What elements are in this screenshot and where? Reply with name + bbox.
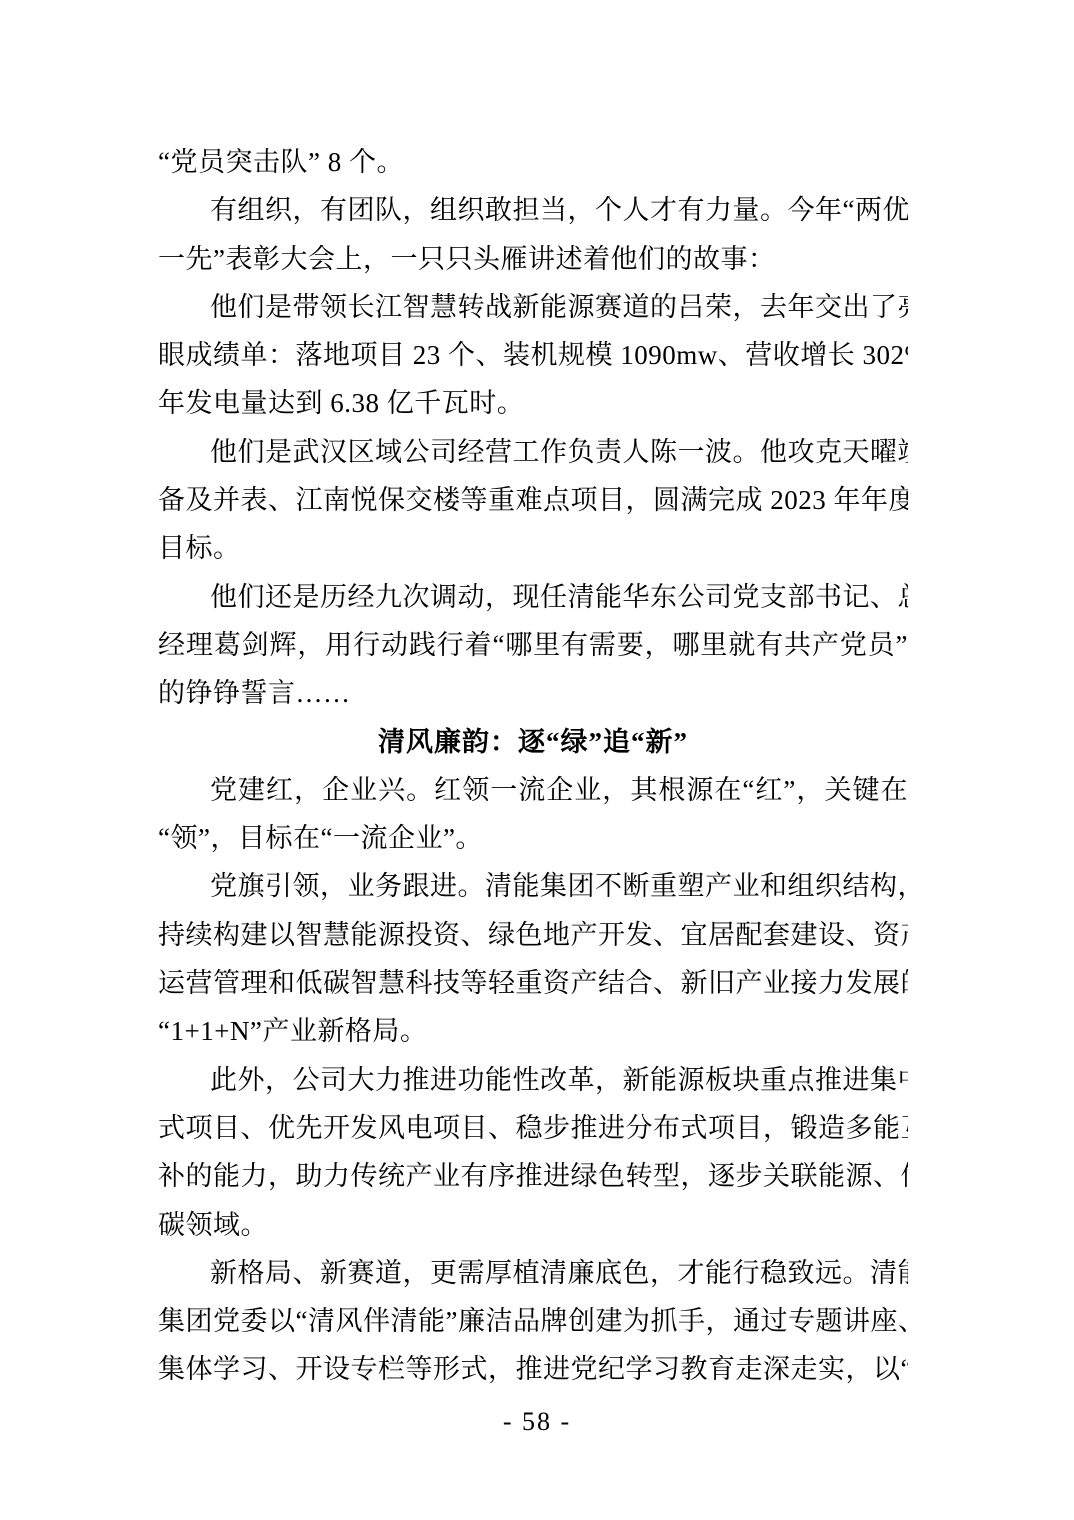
paragraph-line: 集体学习、开设专栏等形式，推进党纪学习教育走深走实，以“清 (158, 1345, 908, 1393)
paragraph-line: 有组织，有团队，组织敢担当，个人才有力量。今年“两优 (158, 186, 908, 234)
paragraph-line: 碳领域。 (158, 1201, 908, 1249)
document-page: “党员突击队” 8 个。 有组织，有团队，组织敢担当，个人才有力量。今年“两优 … (0, 0, 1074, 1520)
paragraph-line: 的铮铮誓言…… (158, 669, 908, 717)
paragraph-line: 补的能力，助力传统产业有序推进绿色转型，逐步关联能源、低 (158, 1152, 908, 1200)
paragraph-line: 备及并表、江南悦保交楼等重难点项目，圆满完成 2023 年年度 (158, 476, 908, 524)
paragraph-line: 党建红，企业兴。红领一流企业，其根源在“红”，关键在 (158, 766, 908, 814)
paragraph-line: 他们还是历经九次调动，现任清能华东公司党支部书记、总 (158, 573, 908, 621)
paragraph-line: 党旗引领，业务跟进。清能集团不断重塑产业和组织结构， (158, 862, 908, 910)
paragraph-line: 年发电量达到 6.38 亿千瓦时。 (158, 379, 908, 427)
paragraph-line: “领”，目标在“一流企业”。 (158, 814, 908, 862)
paragraph-line: 经理葛剑辉，用行动践行着“哪里有需要，哪里就有共产党员” (158, 621, 908, 669)
paragraph-line: 眼成绩单：落地项目 23 个、装机规模 1090mw、营收增长 302%、 (158, 331, 908, 379)
paragraph-line: 持续构建以智慧能源投资、绿色地产开发、宜居配套建设、资产 (158, 911, 908, 959)
paragraph-line: 此外，公司大力推进功能性改革，新能源板块重点推进集中 (158, 1056, 908, 1104)
paragraph-line: 目标。 (158, 524, 908, 572)
paragraph-line: 集团党委以“清风伴清能”廉洁品牌创建为抓手，通过专题讲座、 (158, 1297, 908, 1345)
paragraph-line: 运营管理和低碳智慧科技等轻重资产结合、新旧产业接力发展的 (158, 959, 908, 1007)
paragraph-line: 一先”表彰大会上，一只只头雁讲述着他们的故事： (158, 235, 908, 283)
paragraph-line: 他们是武汉区域公司经营工作负责人陈一波。他攻克天曜竣 (158, 428, 908, 476)
page-number: - 58 - (0, 1402, 1074, 1442)
paragraph-line: “1+1+N”产业新格局。 (158, 1007, 908, 1055)
section-heading: 清风廉韵：逐“绿”追“新” (158, 718, 908, 766)
paragraph-line: 式项目、优先开发风电项目、稳步推进分布式项目，锻造多能互 (158, 1104, 908, 1152)
document-body: “党员突击队” 8 个。 有组织，有团队，组织敢担当，个人才有力量。今年“两优 … (158, 138, 908, 1394)
paragraph-line: 新格局、新赛道，更需厚植清廉底色，才能行稳致远。清能 (158, 1249, 908, 1297)
paragraph-line: 他们是带领长江智慧转战新能源赛道的吕荣，去年交出了亮 (158, 283, 908, 331)
paragraph-line: “党员突击队” 8 个。 (158, 138, 908, 186)
